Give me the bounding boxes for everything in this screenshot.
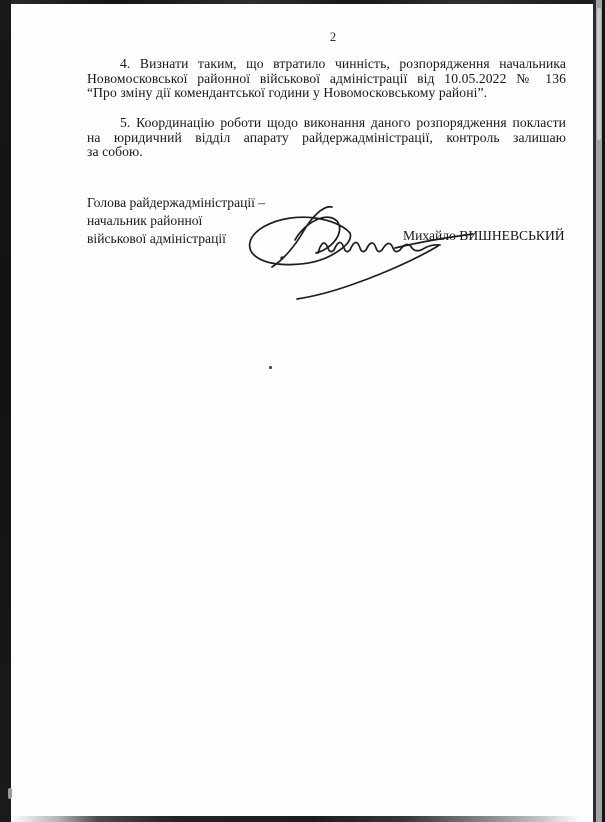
scan-edge-left bbox=[0, 0, 11, 822]
paragraph-4: 4. Визнати таким, що втратило чинність, … bbox=[87, 57, 566, 101]
scan-edge-left-notch bbox=[8, 788, 12, 799]
scanned-document-page: 2 4. Визнати таким, що втратило чинність… bbox=[0, 0, 605, 822]
page-number: 2 bbox=[303, 30, 363, 45]
scan-edge-right-highlight bbox=[597, 8, 601, 140]
paragraph-5-line-1: 5. Координацію роботи щодо виконання дан… bbox=[87, 116, 566, 131]
paragraph-5-line-2: на юридичний відділ апарату райдержадмін… bbox=[87, 131, 566, 146]
paragraph-5-line-3: за собою. bbox=[87, 145, 566, 160]
scan-speck bbox=[269, 366, 272, 369]
scan-edge-bottom bbox=[11, 816, 593, 822]
paragraph-5: 5. Координацію роботи щодо виконання дан… bbox=[87, 116, 566, 160]
paragraph-4-line-2: Новомосковської районної військової адмі… bbox=[87, 72, 566, 87]
paragraph-4-line-3: “Про зміну дії комендантської години у Н… bbox=[87, 86, 566, 101]
scan-edge-top bbox=[11, 0, 593, 4]
paragraph-4-line-1: 4. Визнати таким, що втратило чинність, … bbox=[87, 57, 566, 72]
handwritten-signature-image bbox=[235, 198, 485, 313]
